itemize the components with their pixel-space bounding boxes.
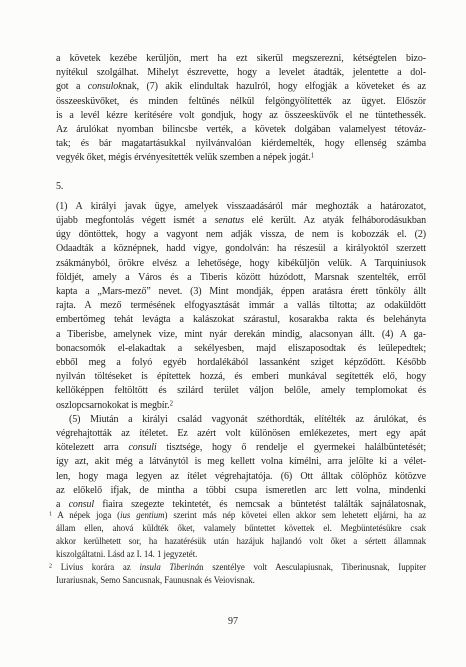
text-line: kiszolgáltatni. Lásd az I. 14. 1 jegyzet… [49,548,426,561]
text-segment: oszlopcsarnokokat is megbír. [56,400,170,411]
text-segment: Az árulókat nyomban bilincsbe verték, a … [56,124,426,135]
footnote: 1 A népek joga (ius gentium) szerint más… [49,509,426,561]
text-line: vegyék őket, mégis érvényesítették velük… [56,151,426,165]
text-line: a Tiberisbe, amelynek vize, mint nyár de… [56,328,426,342]
text-segment: tisztsége, hogy ő rendelje el gyermekei … [157,442,426,453]
text-line: az előkelő ifjak, de mintha a többi csup… [56,484,426,498]
text-line: 1 A népek joga (ius gentium) szerint más… [49,509,426,522]
main-text-column: a követek kezébe kerüljön, mert ha ezt s… [56,52,426,512]
text-segment: zsákmányból, örökre elvész a lehetősége,… [56,258,426,269]
text-segment: ebből meg a folyó egyéb hordalékából las… [56,357,426,368]
text-line: Odaadták a köznépnek, hadd vigye, gondol… [56,242,426,256]
italic-text-segment: consuli [128,442,156,453]
footnotes-section: 1 A népek joga (ius gentium) szerint más… [49,509,426,587]
text-line: úgy döntöttek, hogy a vagyont nem adják … [56,228,426,242]
text-line: 5. [56,180,426,194]
text-segment: a követek kezébe kerüljön, mert ha ezt s… [56,53,426,64]
text-segment: nyilván töltéseket is építettek hozzá, é… [56,371,426,382]
text-segment: nak, (7) akik elindultak hazulról, hogy … [123,81,426,92]
text-line: Iurariusnak, Semo Sancusnak, Faunusnak é… [49,574,426,587]
text-segment: úgy döntöttek, hogy a vagyont nem adják … [56,229,426,240]
text-line: Az árulókat nyomban bilincsbe verték, a … [56,123,426,137]
text-segment: bonacsomók el-elakadtak a sekélyesben, m… [56,343,426,354]
text-segment: (1) A királyi javak ügye, amelyek vissza… [56,201,426,212]
italic-text-segment: consulok [88,81,123,92]
text-line: ebből meg a folyó egyéb hordalékából las… [56,356,426,370]
footnote-ref: 1 [311,153,314,160]
text-segment: Livius korára az [52,562,139,572]
text-line: így azt, akit még a látványtól is meg ke… [56,455,426,469]
text-segment: kellőképpen feltöltött és szilárd terüle… [56,385,426,396]
italic-text-segment: ius gentium [120,510,164,520]
text-segment: újabb megfontolás végett ismét a [56,215,215,226]
text-segment: összeesküvőket, és minden feltűnés nélkü… [56,96,426,107]
text-segment: (5) Miután a királyi család vagyonát szé… [69,414,426,425]
text-segment: len, hogy maga legyen az ítélet végrehaj… [56,471,426,482]
text-line: a követek kezébe kerüljön, mert ha ezt s… [56,52,426,66]
text-segment: is a levél kézre kerítésére volt gondjuk… [56,110,426,121]
text-segment: az előkelő ifjak, de mintha a többi csup… [56,485,426,496]
paragraph: (5) Miután a királyi család vagyonát szé… [56,413,426,512]
text-segment: kiszolgáltatni. Lásd az I. 14. 1 jegyzet… [56,549,197,559]
text-segment: Iurariusnak, Semo Sancusnak, Faunusnak é… [56,575,255,585]
text-segment: állam ellen, ahová küldték őket, valamel… [56,523,426,533]
text-line: állam ellen, ahová küldték őket, valamel… [49,522,426,535]
page-number: 97 [0,616,466,627]
paragraph: (1) A királyi javak ügye, amelyek vissza… [56,200,426,413]
footnote: 2 Livius korára az insula Tiberinán szen… [49,561,426,587]
text-line: rajta. A mező termésének elfogyasztását … [56,299,426,313]
footnote-ref: 2 [170,400,173,407]
text-segment: végrehajtották az ítéletet. Ez azért vol… [56,428,426,439]
text-line: is a levél kézre kerítésére volt gondjuk… [56,109,426,123]
italic-text-segment: senatus [215,215,244,226]
text-line: végrehajtották az ítéletet. Ez azért vol… [56,427,426,441]
book-page: a követek kezébe kerüljön, mert ha ezt s… [0,0,466,667]
text-segment: kötelezett arra [56,442,128,453]
text-line: kellőképpen feltöltött és szilárd terüle… [56,384,426,398]
text-line: nyítékul szolgálhat. Mihelyt észrevette,… [56,66,426,80]
text-line: embertömeg tehát levágta a kalászokat sz… [56,313,426,327]
text-segment: vegyék őket, mégis érvényesítették velük… [56,152,311,163]
text-line: földjét, amely a Város és a Tiberis közö… [56,271,426,285]
text-segment: 5. [56,181,63,192]
text-line: (5) Miután a királyi család vagyonát szé… [56,413,426,427]
text-line: 2 Livius korára az insula Tiberinán szen… [49,561,426,574]
text-segment: elé került. Az atyák felháborodásukban [244,215,426,226]
text-line: kapta a „Mars-mező” nevet. (3) Mint mond… [56,285,426,299]
text-line: len, hogy maga legyen az ítélet végrehaj… [56,470,426,484]
text-segment: rajta. A mező termésének elfogyasztását … [56,300,426,311]
text-segment: got a [56,81,88,92]
text-segment: A népek joga ( [52,510,120,520]
paragraph: a követek kezébe kerüljön, mert ha ezt s… [56,52,426,166]
text-line: bonacsomók el-elakadtak a sekélyesben, m… [56,342,426,356]
text-line: oszlopcsarnokokat is megbír.2 [56,399,426,413]
text-segment: így azt, akit még a látványtól is meg ke… [56,456,426,467]
text-line: got a consuloknak, (7) akik elindultak h… [56,80,426,94]
text-segment: embertömeg tehát levágta a kalászokat sz… [56,314,426,325]
italic-text-segment: insula Tiberiná [139,562,199,572]
text-segment: tak; és bár magatartásukkal nyilvánvalóa… [56,138,426,149]
text-segment: nyítékul szolgálhat. Mihelyt észrevette,… [56,67,426,78]
text-segment: akkor kerülhetett sor, ha hazatérésük ut… [56,536,426,546]
section-number-heading: 5. [56,180,426,194]
text-line: újabb megfontolás végett ismét a senatus… [56,214,426,228]
text-line: zsákmányból, örökre elvész a lehetősége,… [56,257,426,271]
text-line: (1) A királyi javak ügye, amelyek vissza… [56,200,426,214]
text-segment: Odaadták a köznépnek, hadd vigye, gondol… [56,243,426,254]
text-line: akkor kerülhetett sor, ha hazatérésük ut… [49,535,426,548]
text-line: nyilván töltéseket is építettek hozzá, é… [56,370,426,384]
text-segment: földjét, amely a Város és a Tiberis közö… [56,272,426,283]
text-segment: ) szerint más nép követei ellen akkor se… [164,510,426,520]
text-line: összeesküvőket, és minden feltűnés nélkü… [56,95,426,109]
text-segment: a Tiberisbe, amelynek vize, mint nyár de… [56,329,426,340]
text-line: kötelezett arra consuli tisztsége, hogy … [56,441,426,455]
text-segment: kapta a „Mars-mező” nevet. (3) Mint mond… [56,286,426,297]
text-line: tak; és bár magatartásukkal nyilvánvalóa… [56,137,426,151]
text-segment: n szentélye volt Aesculapiusnak, Tiberin… [199,562,426,572]
